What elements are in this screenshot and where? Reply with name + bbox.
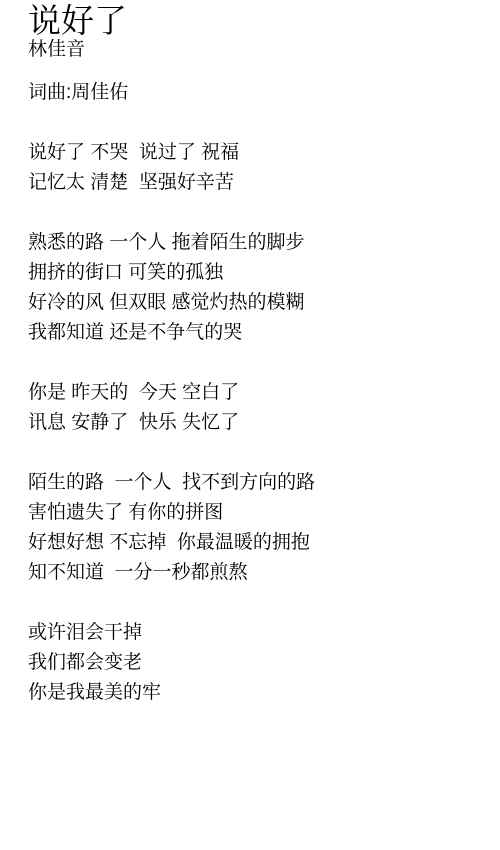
stanza-1: 说好了 不哭 说过了 祝福 记忆太 清楚 坚强好辛苦 <box>28 138 472 198</box>
lyric-line: 说好了 不哭 说过了 祝福 <box>28 138 472 168</box>
lyric-line: 知不知道 一分一秒都煎熬 <box>28 558 472 588</box>
lyric-line: 好想好想 不忘掉 你最温暖的拥抱 <box>28 528 472 558</box>
lyrics-body: 说好了 不哭 说过了 祝福 记忆太 清楚 坚强好辛苦 熟悉的路 一个人 拖着陌生… <box>28 138 472 708</box>
lyric-line: 你是 昨天的 今天 空白了 <box>28 378 472 408</box>
artist-name: 林佳音 <box>28 40 472 60</box>
lyric-line: 你是我最美的牢 <box>28 678 472 708</box>
lyric-line: 记忆太 清楚 坚强好辛苦 <box>28 168 472 198</box>
lyric-line: 害怕遗失了 有你的拼图 <box>28 498 472 528</box>
lyrics-page: 说好了 林佳音 词曲:周佳佑 说好了 不哭 说过了 祝福 记忆太 清楚 坚强好辛… <box>0 0 500 850</box>
lyric-line: 好冷的风 但双眼 感觉灼热的模糊 <box>28 288 472 318</box>
stanza-3: 你是 昨天的 今天 空白了 讯息 安静了 快乐 失忆了 <box>28 378 472 438</box>
stanza-2: 熟悉的路 一个人 拖着陌生的脚步 拥挤的街口 可笑的孤独 好冷的风 但双眼 感觉… <box>28 228 472 348</box>
lyric-line: 或许泪会干掉 <box>28 618 472 648</box>
lyric-line: 拥挤的街口 可笑的孤独 <box>28 258 472 288</box>
lyric-line: 我们都会变老 <box>28 648 472 678</box>
stanza-4: 陌生的路 一个人 找不到方向的路 害怕遗失了 有你的拼图 好想好想 不忘掉 你最… <box>28 468 472 588</box>
lyric-line: 我都知道 还是不争气的哭 <box>28 318 472 348</box>
credits-line: 词曲:周佳佑 <box>28 78 472 108</box>
stanza-5: 或许泪会干掉 我们都会变老 你是我最美的牢 <box>28 618 472 708</box>
lyric-line: 陌生的路 一个人 找不到方向的路 <box>28 468 472 498</box>
lyric-line: 讯息 安静了 快乐 失忆了 <box>28 408 472 438</box>
page-title: 说好了 <box>28 2 472 40</box>
lyric-line: 熟悉的路 一个人 拖着陌生的脚步 <box>28 228 472 258</box>
